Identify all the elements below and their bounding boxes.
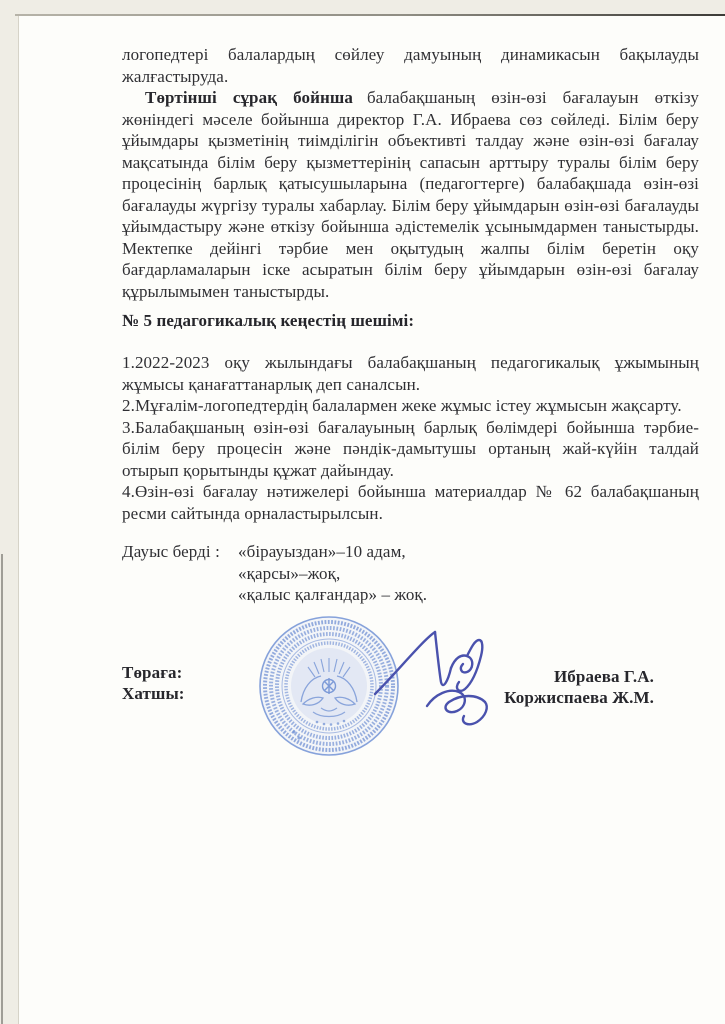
paragraph-fourth-question: Төртінші сұрақ бойншабалабақшаның өзін-ө… bbox=[122, 87, 699, 302]
scanned-document: { "doc": { "para_top": "логопедтері бала… bbox=[0, 0, 725, 1024]
paragraph-continuation: логопедтері балалардың сөйлеу дамуының д… bbox=[122, 44, 699, 87]
decision-item-3: 3.Балабақшаның өзін-өзі бағалауының барл… bbox=[122, 417, 699, 482]
signature-ink-icon bbox=[371, 610, 503, 732]
vote-line-abstained: «қалыс қалғандар» – жоқ. bbox=[238, 584, 427, 606]
decision-item-4: 4.Өзін-өзі бағалау нәтижелері бойынша ма… bbox=[122, 481, 699, 524]
scan-left-shadow bbox=[1, 554, 3, 1024]
role-secretary: Хатшы: bbox=[122, 683, 185, 705]
decision-heading: № 5 педагогикалық кеңестің шешімі: bbox=[122, 310, 699, 332]
vote-line-unanimous: «бірауыздан»–10 адам, bbox=[238, 541, 427, 563]
decision-item-2: 2.Мұғалім-логопедтердің балалармен жеке … bbox=[122, 395, 699, 417]
vote-results: Дауыс берді : «бірауыздан»–10 адам, «қар… bbox=[122, 541, 699, 606]
role-chairman: Төраға: bbox=[122, 662, 185, 684]
fourth-question-lead: Төртінші сұрақ бойнша bbox=[145, 88, 353, 107]
decision-list: 1.2022-2023 оқу жылындағы балабақшаның п… bbox=[122, 352, 699, 524]
vote-label: Дауыс берді : bbox=[122, 541, 238, 606]
signature-roles: Төраға: Хатшы: bbox=[122, 662, 185, 705]
document-page: логопедтері балалардың сөйлеу дамуының д… bbox=[18, 14, 725, 1024]
page-top-edge bbox=[15, 14, 725, 16]
vote-lines: «бірауыздан»–10 адам, «қарсы»–жоқ, «қалы… bbox=[238, 541, 427, 606]
decision-item-1: 1.2022-2023 оқу жылындағы балабақшаның п… bbox=[122, 352, 699, 395]
fourth-question-body: балабақшаның өзін-өзі бағалауын өткізу ж… bbox=[122, 88, 699, 301]
vote-line-against: «қарсы»–жоқ, bbox=[238, 563, 427, 585]
